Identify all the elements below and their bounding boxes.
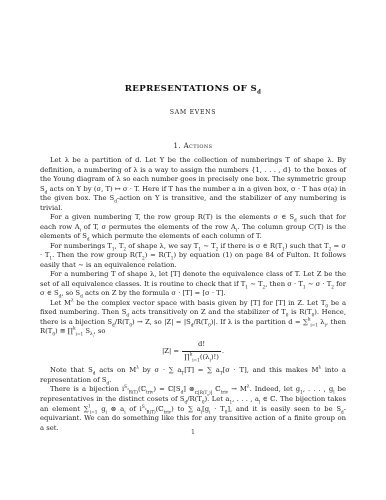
paragraph-4: For a numbering T of shape λ, let [T] de… xyxy=(40,270,346,299)
fraction-denominator: ∏ki=1((λi)!) xyxy=(182,351,221,363)
equation-lhs: |Z| = xyxy=(162,347,179,355)
paper-page: REPRESENTATIONS OF Sd SAM EVENS 1. Actio… xyxy=(0,0,386,500)
paragraph-6: Note that Sd acts on Mλ by σ · ∑ aT[T] =… xyxy=(40,366,346,385)
paper-title: REPRESENTATIONS OF Sd xyxy=(40,84,346,94)
author-name: SAM EVENS xyxy=(40,109,346,116)
fraction-numerator: d! xyxy=(182,340,221,351)
section-heading: 1. Actions xyxy=(40,142,346,150)
equation-suffix: . xyxy=(222,347,224,355)
page-number: 1 xyxy=(0,429,386,436)
paragraph-2: For a given numbering T, the row group R… xyxy=(40,213,346,242)
fraction: d! ∏ki=1((λi)!) xyxy=(182,340,221,362)
paragraph-3: For numberings T1, T2 of shape λ, we say… xyxy=(40,242,346,271)
body-text: Let λ be a partition of d. Let Y be the … xyxy=(40,156,346,433)
paragraph-1: Let λ be a partition of d. Let Y be the … xyxy=(40,156,346,213)
paragraph-5: Let Mλ be the complex vector space with … xyxy=(40,299,346,338)
page-content: REPRESENTATIONS OF Sd SAM EVENS 1. Actio… xyxy=(40,0,346,433)
display-equation: |Z| = d! ∏ki=1((λi)!) . xyxy=(40,340,346,362)
paragraph-7: There is a bijection iSdR(T)(ℂtriv) = ℂ[… xyxy=(40,385,346,433)
